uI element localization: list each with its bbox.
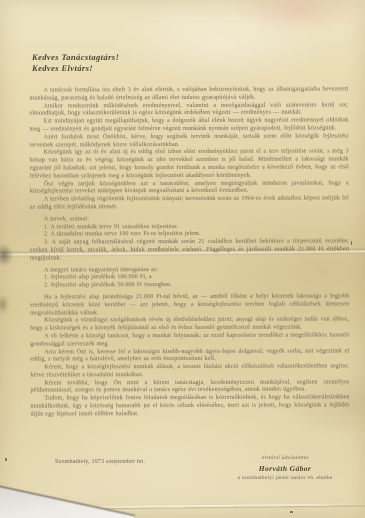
salutation-line-1: Kedves Tanácstagtárs! [32, 52, 119, 63]
ink-speck-date [5, 458, 7, 461]
document-body: A tanácsok formálása óta eltelt 3 év ala… [29, 86, 349, 419]
paragraph: A tervben távlatilag rögzítettük fejlesz… [30, 196, 349, 213]
ink-speck-bottom [290, 511, 293, 513]
paragraph: Azért fordulok most Önökhöz, kérve, hogy… [30, 133, 349, 150]
signature-name: Horváth Gábor [216, 464, 354, 473]
paragraph: Tudom, hogy ha képviselőink fontos felad… [30, 395, 349, 420]
paragraph: A tanácsok formálása óta eltelt 3 év ala… [29, 86, 348, 103]
ink-speck-right [351, 241, 352, 245]
paragraph: Arra kérem Önt is, keresse fel a lakossá… [30, 348, 349, 365]
paragraph: Községünk a vízműügyi szolgáltatások rév… [30, 317, 349, 334]
paragraph: Kérem továbbá, hogy Ön mint a körzet tan… [30, 379, 349, 396]
closing-line: elvtársi üdvözlettel [216, 455, 354, 461]
paragraph: 3. A saját anyag felhasználásával végzet… [30, 239, 349, 264]
date-line: Szombathely, 1973 szeptember hó. [55, 459, 145, 465]
signature-block: elvtársi üdvözlettel Horváth Gábor a szo… [216, 455, 354, 481]
paragraph: Ősz végén tartjuk községünkben azt a tan… [30, 180, 349, 197]
paragraph: Kérem, hogy a községfejlesztési munkák á… [30, 364, 349, 381]
salutation-block: Kedves Tanácstagtárs! Kedves Elvtárs! [32, 52, 119, 74]
paragraph: Ha a fejlesztési alap járandósága 21.000… [30, 293, 349, 318]
scanned-letter-screenshot: Kedves Tanácstagtárs! Kedves Elvtárs! A … [0, 0, 365, 518]
signature-title: a szombathelyi járási tanács vb. elnöke [216, 475, 354, 481]
paragraph: Községünk így az öt év alatt új és eddig… [30, 149, 349, 181]
paragraph: Ezt mindnyájan együtt megállapíthatjuk, … [30, 118, 349, 135]
paragraph: Amikor rendszerünk működésének eredménye… [29, 102, 348, 119]
paragraph: 2. fejlesztési alap járulékok 50.000 Ft … [44, 282, 349, 291]
salutation-line-2: Kedves Elvtárs! [32, 63, 119, 74]
paragraph: A vb felkérte a községi tanácsot, hogy a… [30, 332, 349, 349]
